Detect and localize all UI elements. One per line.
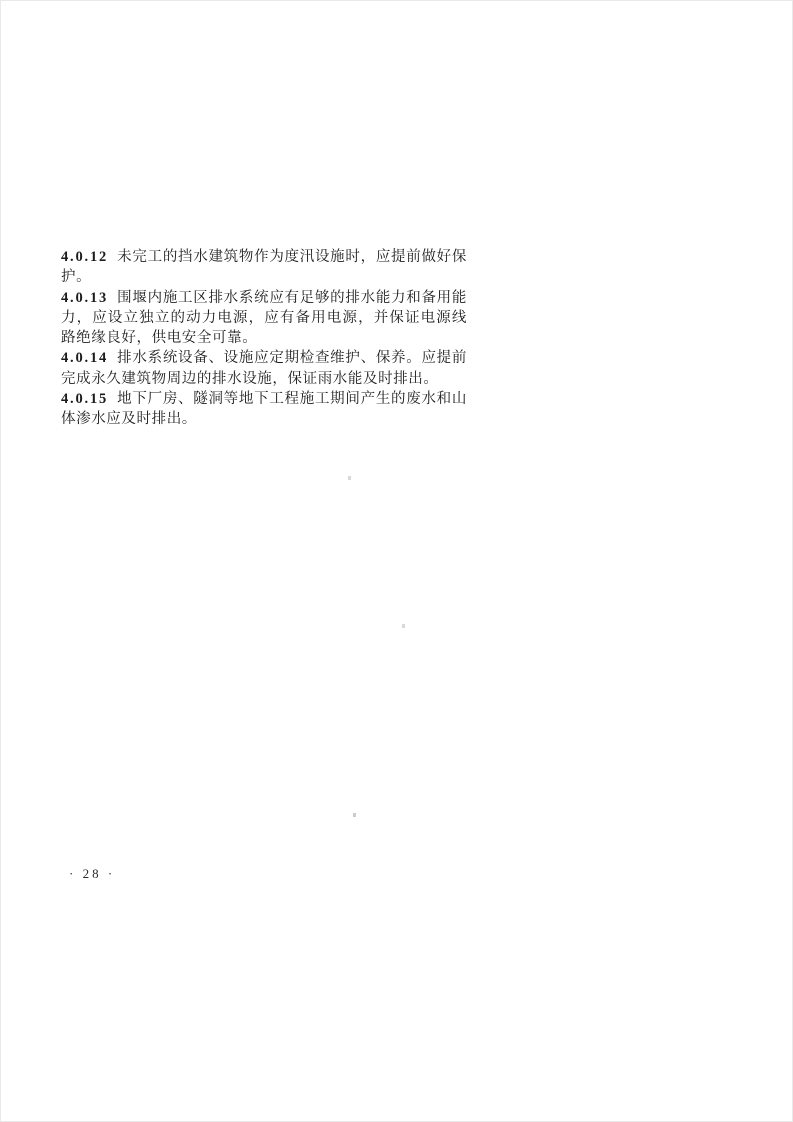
page-number: · 28 · [69,866,115,882]
clause-paragraph: 4.0.15地下厂房、隧洞等地下工程施工期间产生的废水和山体渗水应及时排出。 [61,389,467,430]
clause-body: 地下厂房、隧洞等地下工程施工期间产生的废水和山体渗水应及时排出。 [61,391,467,427]
clause-number: 4.0.12 [61,249,117,265]
clause-body: 围堰内施工区排水系统应有足够的排水能力和备用能力，应设立独立的动力电源，应有备用… [61,290,467,347]
clause-number: 4.0.15 [61,391,117,407]
clause-paragraph: 4.0.13围堰内施工区排水系统应有足够的排水能力和备用能力，应设立独立的动力电… [61,288,467,349]
scan-artifact [348,476,351,480]
scan-artifact [402,624,405,628]
clause-body: 排水系统设备、设施应定期检查维护、保养。应提前完成永久建筑物周边的排水设施，保证… [61,350,467,386]
document-page: 4.0.12未完工的挡水建筑物作为度汛设施时，应提前做好保护。 4.0.13围堰… [0,0,793,1122]
clause-text-block: 4.0.12未完工的挡水建筑物作为度汛设施时，应提前做好保护。 4.0.13围堰… [61,247,467,430]
clause-body: 未完工的挡水建筑物作为度汛设施时，应提前做好保护。 [61,249,467,285]
clause-paragraph: 4.0.14排水系统设备、设施应定期检查维护、保养。应提前完成永久建筑物周边的排… [61,348,467,389]
clause-paragraph: 4.0.12未完工的挡水建筑物作为度汛设施时，应提前做好保护。 [61,247,467,288]
clause-number: 4.0.13 [61,290,117,306]
clause-number: 4.0.14 [61,350,117,366]
scan-artifact [353,813,356,817]
